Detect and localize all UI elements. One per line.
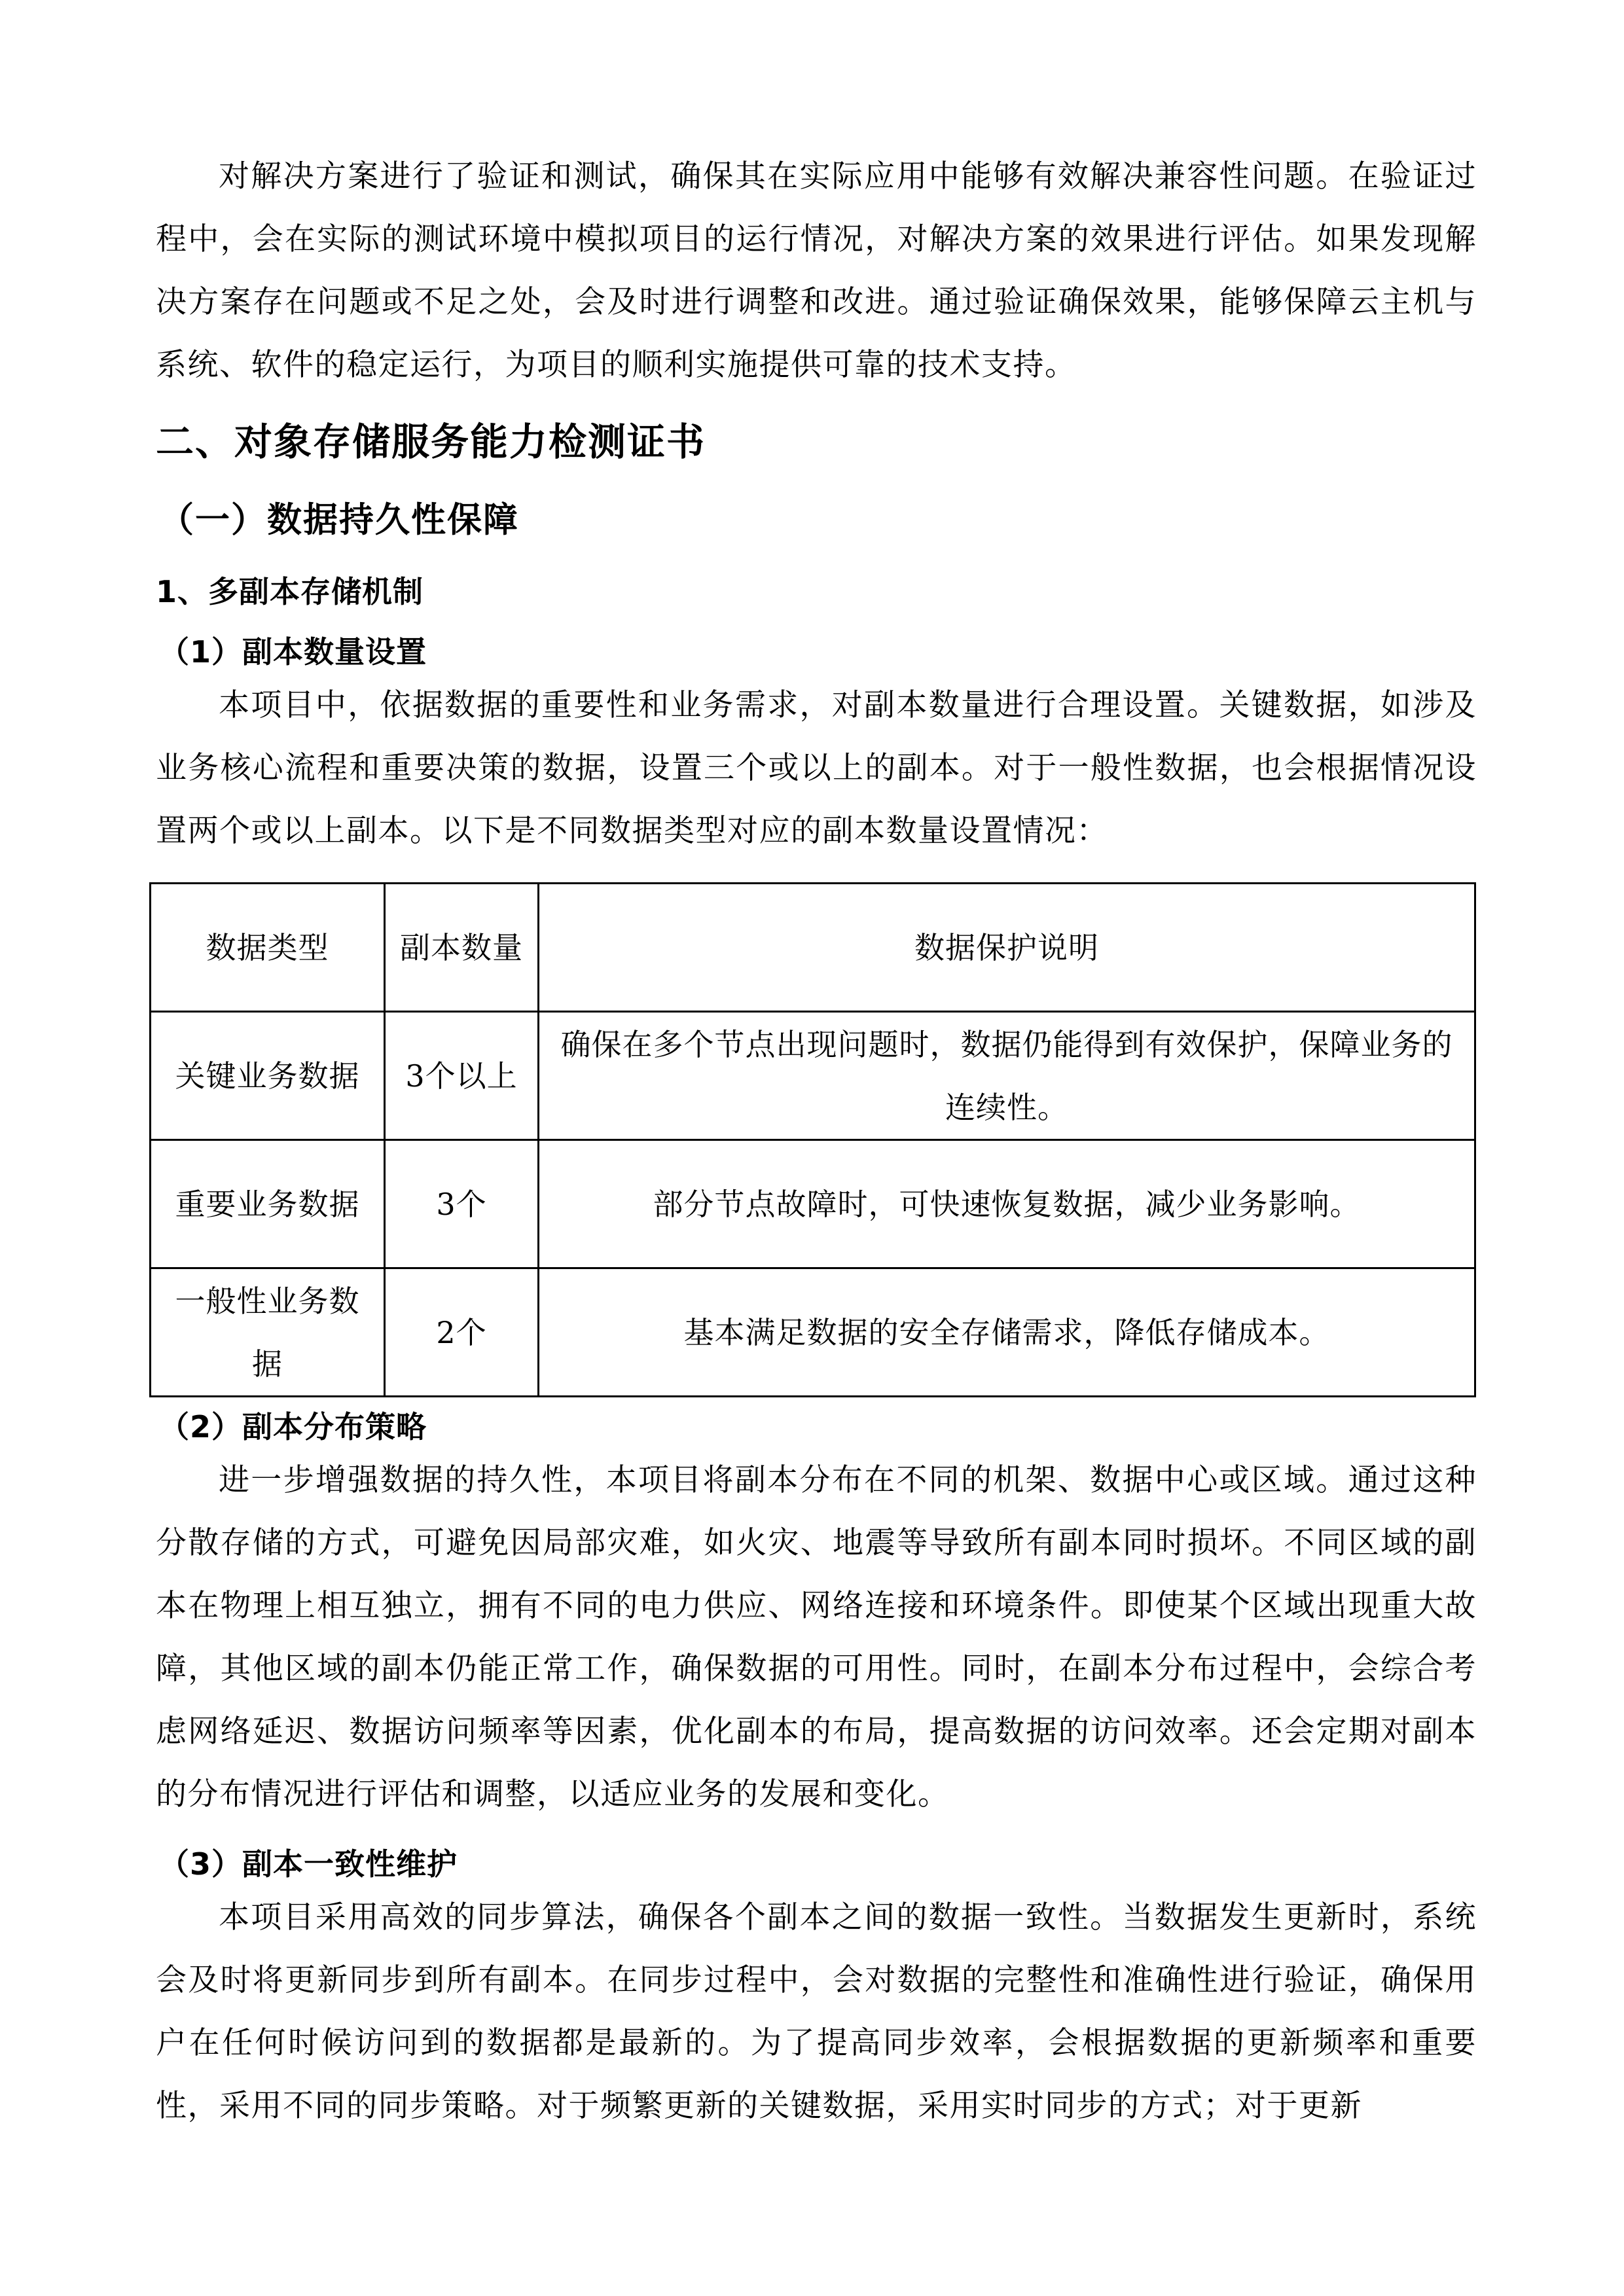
sub-item-title-2: （2）副本分布策略 (159, 1403, 427, 1446)
intro-paragraph: 对解决方案进行了验证和测试，确保其在实际应用中能够有效解决兼容性问题。在验证过程… (156, 145, 1477, 397)
header-cell: 数据类型 (151, 884, 385, 1012)
sub-item-paragraph-2: 进一步增强数据的持久性，本项目将副本分布在不同的机架、数据中心或区域。通过这种分… (156, 1449, 1477, 1826)
table-cell: 2个 (385, 1268, 539, 1397)
replica-count-table: 数据类型 副本数量 数据保护说明 关键业务数据 3个以上 确保在多个节点出现问题… (149, 882, 1476, 1397)
table-cell: 一般性业务数据 (151, 1268, 385, 1397)
table-header-row: 数据类型 副本数量 数据保护说明 (151, 884, 1475, 1012)
table-cell: 3个以上 (385, 1012, 539, 1140)
header-cell: 副本数量 (385, 884, 539, 1012)
table-cell: 关键业务数据 (151, 1012, 385, 1140)
table-row: 重要业务数据 3个 部分节点故障时，可快速恢复数据，减少业务影响。 (151, 1140, 1475, 1268)
table-cell: 重要业务数据 (151, 1140, 385, 1268)
sub-item-paragraph-1: 本项目中，依据数据的重要性和业务需求，对副本数量进行合理设置。关键数据，如涉及业… (156, 674, 1477, 863)
table-cell: 3个 (385, 1140, 539, 1268)
sub-item-paragraph-3: 本项目采用高效的同步算法，确保各个副本之间的数据一致性。当数据发生更新时，系统会… (156, 1886, 1477, 2138)
subsection-title: （一）数据持久性保障 (159, 492, 519, 542)
sub-item-title-3: （3）副本一致性维护 (159, 1840, 458, 1884)
table-row: 一般性业务数据 2个 基本满足数据的安全存储需求，降低存储成本。 (151, 1268, 1475, 1397)
table-cell: 确保在多个节点出现问题时，数据仍能得到有效保护，保障业务的连续性。 (539, 1012, 1475, 1140)
sub-item-title-1: （1）副本数量设置 (159, 628, 427, 672)
item-title: 1、多副本存储机制 (156, 568, 424, 611)
table-cell: 部分节点故障时，可快速恢复数据，减少业务影响。 (539, 1140, 1475, 1268)
table-cell: 基本满足数据的安全存储需求，降低存储成本。 (539, 1268, 1475, 1397)
document-page: 对解决方案进行了验证和测试，确保其在实际应用中能够有效解决兼容性问题。在验证过程… (0, 0, 1624, 2296)
header-cell: 数据保护说明 (539, 884, 1475, 1012)
table-row: 关键业务数据 3个以上 确保在多个节点出现问题时，数据仍能得到有效保护，保障业务… (151, 1012, 1475, 1140)
section-title: 二、对象存储服务能力检测证书 (156, 411, 706, 466)
